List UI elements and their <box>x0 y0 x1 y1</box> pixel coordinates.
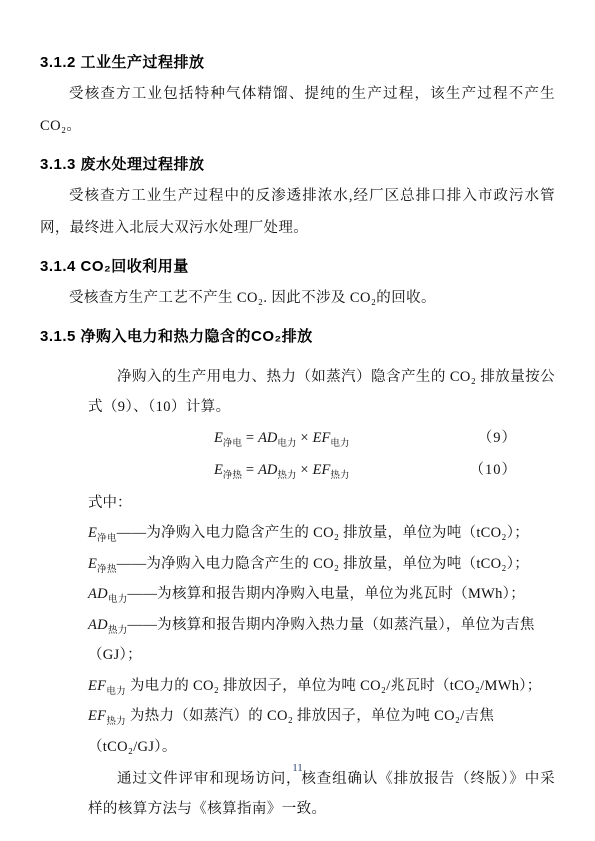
definition-symbol-subscript: 净热 <box>97 564 117 574</box>
definition-symbol: EF电力 <box>88 678 126 694</box>
section-3-1-3-paragraph: 受核查方工业生产过程中的反渗透排浓水,经厂区总排口排入市政污水管网，最终进入北辰… <box>40 180 555 244</box>
multiplication-sign: × <box>296 430 312 446</box>
document-page: 3.1.2 工业生产过程排放 受核查方工业包括特种气体精馏、提纯的生产过程，该生… <box>0 0 595 841</box>
multiplication-sign: × <box>296 462 312 478</box>
formula-number-10: （10） <box>470 454 518 486</box>
definition-symbol: E净热 <box>88 556 117 572</box>
definition-symbol-subscript: 电力 <box>108 595 128 605</box>
formula-lhs-base: E <box>214 462 223 478</box>
definition-symbol-subscript: 热力 <box>106 717 126 727</box>
definition-symbol-base: AD <box>88 586 108 602</box>
definition-symbol-subscript: 净电 <box>97 534 117 544</box>
definition-row: E净电——为净购入电力隐含产生的 CO₂ 排放量，单位为吨（tCO₂）； <box>88 518 555 549</box>
definition-text: 为热力（如蒸汽）的 CO₂ 排放因子，单位为吨 CO₂/吉焦（tCO₂/GJ）。 <box>88 708 494 755</box>
formula-row-10: E净热=AD热力×EF热力 （10） <box>88 454 555 486</box>
definition-text: 为电力的 CO₂ 排放因子，单位为吨 CO₂/兆瓦时（tCO₂/MWh）； <box>126 678 542 694</box>
formula-number-9: （9） <box>478 422 517 454</box>
section-heading-3-1-2: 3.1.2 工业生产过程排放 <box>40 50 555 76</box>
formula-operand1-base: AD <box>258 430 277 446</box>
formula-operand1-base: AD <box>258 462 277 478</box>
definition-symbol-base: E <box>88 525 97 541</box>
equals-sign: = <box>242 462 258 478</box>
equals-sign: = <box>242 430 258 446</box>
formula-operand2-base: EF <box>313 462 331 478</box>
definition-symbol-subscript: 电力 <box>106 686 126 696</box>
definition-symbol-base: AD <box>88 617 108 633</box>
definition-symbol: AD电力 <box>88 586 128 602</box>
definition-symbol-base: EF <box>88 678 106 694</box>
formula-9-expression: E净电=AD电力×EF电力 <box>214 422 349 454</box>
definition-text: ——为核算和报告期内净购入热力量（如蒸汽量），单位为吉焦（GJ）； <box>88 617 535 664</box>
page-number: 11 <box>0 762 595 774</box>
definition-symbol-base: E <box>88 556 97 572</box>
where-label: 式中： <box>88 488 555 518</box>
definition-symbol-base: EF <box>88 708 106 724</box>
definition-row: EF热力 为热力（如蒸汽）的 CO₂ 排放因子，单位为吨 CO₂/吉焦（tCO₂… <box>88 701 555 762</box>
definition-text: ——为净购入电力隐含产生的 CO₂ 排放量，单位为吨（tCO₂）； <box>117 556 529 572</box>
definition-symbol: EF热力 <box>88 708 126 724</box>
formula-operand2-subscript: 电力 <box>330 439 349 449</box>
section-heading-3-1-4: 3.1.4 CO₂回收利用量 <box>40 254 555 280</box>
formula-lhs-subscript: 净电 <box>223 439 242 449</box>
formula-operand2-subscript: 热力 <box>330 471 349 481</box>
formula-lhs-base: E <box>214 430 223 446</box>
section-heading-3-1-5: 3.1.5 净购入电力和热力隐含的CO₂排放 <box>40 324 555 350</box>
formula-lhs-subscript: 净热 <box>223 471 242 481</box>
section-3-1-5-body: 净购入的生产用电力、热力（如蒸汽）隐含产生的 CO₂ 排放量按公式（9）、（10… <box>88 362 555 824</box>
definition-symbol: E净电 <box>88 525 117 541</box>
definition-text: ——为核算和报告期内净购入电量，单位为兆瓦时（MWh）； <box>128 586 525 602</box>
definition-row: EF电力 为电力的 CO₂ 排放因子，单位为吨 CO₂/兆瓦时（tCO₂/MWh… <box>88 671 555 702</box>
formula-operand1-subscript: 电力 <box>277 439 296 449</box>
definition-row: AD电力——为核算和报告期内净购入电量，单位为兆瓦时（MWh）； <box>88 579 555 610</box>
formula-row-9: E净电=AD电力×EF电力 （9） <box>88 422 555 454</box>
formula-operand2-base: EF <box>313 430 331 446</box>
section-heading-3-1-3: 3.1.3 废水处理过程排放 <box>40 152 555 178</box>
formula-operand1-subscript: 热力 <box>277 471 296 481</box>
definition-row: E净热——为净购入电力隐含产生的 CO₂ 排放量，单位为吨（tCO₂）； <box>88 549 555 580</box>
section-3-1-2-paragraph: 受核查方工业包括特种气体精馏、提纯的生产过程，该生产过程不产生 CO₂。 <box>40 78 555 142</box>
section-3-1-4-paragraph: 受核查方生产工艺不产生 CO₂. 因此不涉及 CO₂的回收。 <box>40 282 555 314</box>
formula-10-expression: E净热=AD热力×EF热力 <box>214 454 349 486</box>
formula-intro-paragraph: 净购入的生产用电力、热力（如蒸汽）隐含产生的 CO₂ 排放量按公式（9）、（10… <box>88 362 555 422</box>
definition-row: AD热力——为核算和报告期内净购入热力量（如蒸汽量），单位为吉焦（GJ）； <box>88 610 555 671</box>
definition-symbol: AD热力 <box>88 617 128 633</box>
definition-text: ——为净购入电力隐含产生的 CO₂ 排放量，单位为吨（tCO₂）； <box>117 525 529 541</box>
definition-symbol-subscript: 热力 <box>108 625 128 635</box>
